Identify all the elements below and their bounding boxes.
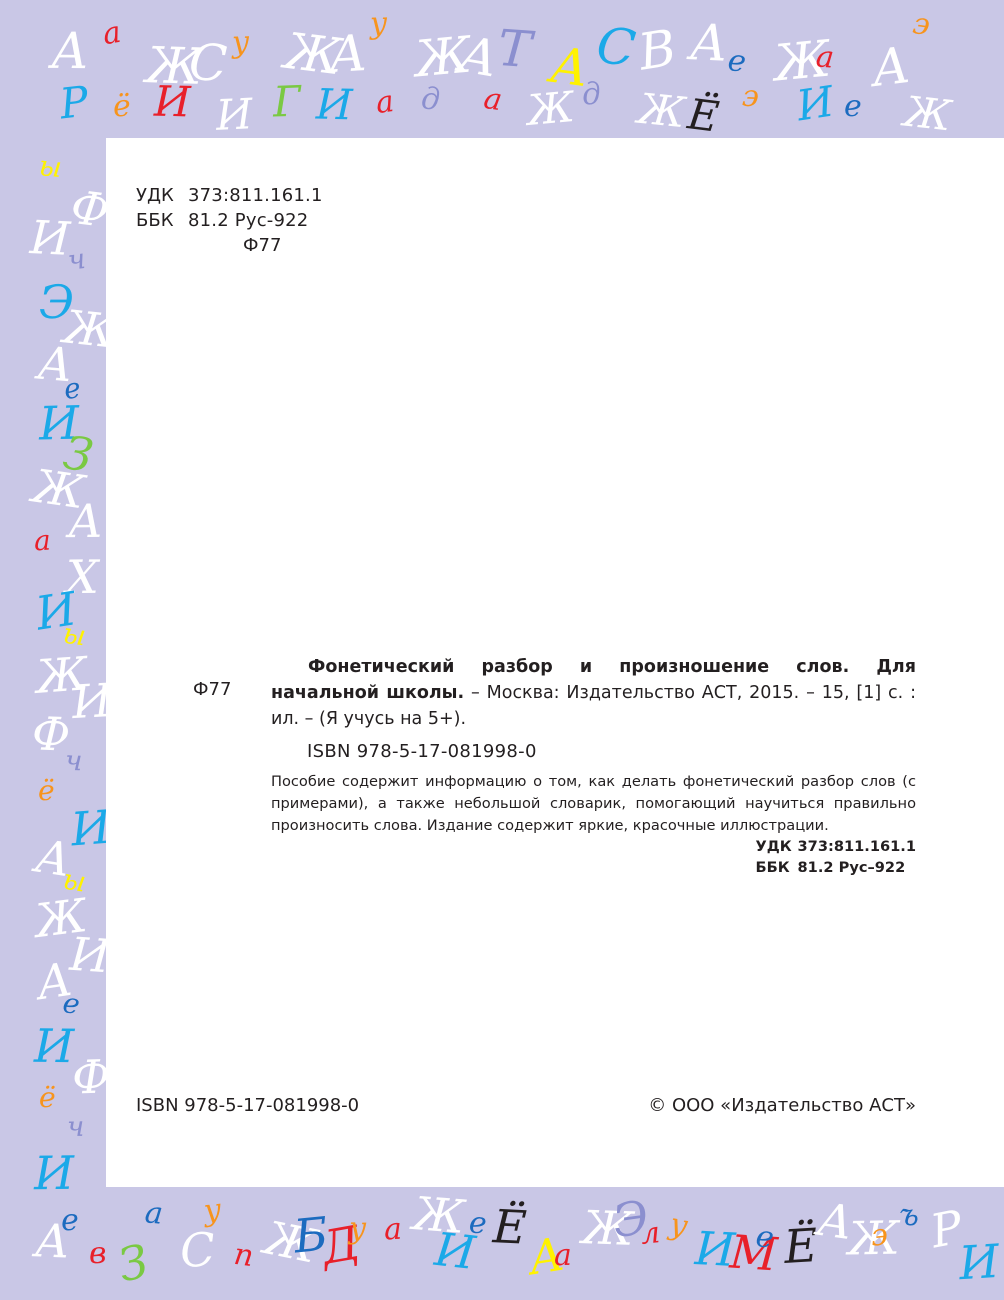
footer-isbn: ISBN 978-5-17-081998-0: [136, 1095, 359, 1116]
decorative-letter: А: [36, 340, 75, 389]
decorative-letter: А: [456, 30, 502, 86]
decorative-letter: Ж: [35, 650, 90, 700]
decorative-letter: А: [869, 40, 913, 94]
decorative-letter: e: [844, 92, 862, 122]
decorative-letter: Э: [39, 279, 74, 325]
bbk-label: ББК: [136, 208, 176, 233]
decorative-letter: а: [143, 1198, 164, 1230]
catalog-classification: УДК373:811.161.1 ББК81.2 Рус–922: [756, 836, 916, 878]
decorative-letter: Ж: [772, 34, 833, 89]
decorative-letter: Ж: [282, 26, 344, 82]
decorative-letter: М: [728, 1229, 778, 1278]
decorative-letter: Ж: [581, 1205, 634, 1253]
catalog-bbk-value: 81.2 Рус–922: [798, 859, 906, 876]
decorative-letter: а: [33, 527, 51, 556]
decorative-letter: А: [526, 1231, 568, 1282]
decorative-letter: А: [50, 26, 88, 76]
imprint-page: УДК 373:811.161.1 ББК 81.2 Рус-922 Ф77 Ф…: [106, 138, 1004, 1187]
decorative-letter: А: [34, 956, 75, 1007]
decorative-letter: Ф: [32, 711, 72, 759]
decorative-letter: Ж: [30, 463, 88, 516]
decorative-letter: С: [179, 1226, 217, 1274]
decorative-letter: И: [33, 1149, 74, 1195]
decorative-letter: д: [420, 84, 440, 115]
decorative-letter: Р: [58, 81, 91, 126]
decorative-letter: Г: [272, 81, 301, 124]
decorative-letter: Т: [496, 23, 533, 75]
catalog-bbk-label: ББК: [756, 857, 798, 878]
decorative-letter: у: [203, 1195, 224, 1227]
decorative-letter: д: [581, 79, 602, 110]
decorative-letter: И: [958, 1238, 1001, 1286]
decorative-letter: И: [433, 1226, 478, 1276]
udk-label: УДК: [136, 183, 176, 208]
decorative-letter: Ж: [902, 91, 953, 138]
decorative-letter: В: [635, 22, 679, 77]
author-code: Ф77: [136, 233, 323, 258]
decorative-letter: e: [754, 1222, 776, 1254]
decorative-letter: С: [594, 19, 638, 73]
decorative-letter: Ж: [636, 87, 687, 133]
decorative-letter: ы: [61, 865, 88, 896]
decorative-letter: e: [61, 989, 82, 1019]
decorative-letter: А: [327, 28, 368, 80]
annotation: Пособие содержит информацию о том, как д…: [271, 771, 916, 837]
decorative-letter: Ж: [145, 40, 203, 92]
decorative-letter: ч: [64, 747, 82, 776]
decorative-letter: А: [689, 17, 729, 69]
decorative-letter: Ж: [261, 1214, 321, 1269]
decorative-letter: А: [33, 832, 74, 883]
decorative-letter: а: [554, 1241, 572, 1271]
decorative-letter: З: [60, 429, 96, 479]
decorative-letter: И: [794, 80, 836, 127]
decorative-letter: И: [315, 84, 353, 127]
decorative-letter: а: [101, 18, 124, 51]
copyright-notice: © ООО «Издательство АСТ»: [648, 1095, 916, 1116]
decorative-letter: А: [34, 1217, 71, 1264]
bbk-value: 81.2 Рус-922: [188, 208, 308, 233]
decorative-letter: e: [468, 1208, 487, 1239]
decorative-letter: у: [231, 28, 249, 59]
decorative-letter: э: [911, 9, 932, 41]
decorative-letter: Э: [610, 1194, 651, 1244]
decorative-letter: а: [374, 87, 396, 119]
decorative-letter: И: [39, 400, 80, 447]
decorative-letter: ъ: [898, 1200, 919, 1231]
decorative-letter: ч: [66, 245, 87, 275]
decorative-letter: Ё: [783, 1222, 819, 1270]
bibliographic-entry: Фонетический разбор и произношение слов.…: [271, 654, 916, 732]
decorative-letter: e: [62, 374, 82, 404]
decorative-letter: Ё: [686, 94, 722, 139]
decorative-letter: л: [639, 1218, 661, 1250]
decorative-letter: у: [370, 9, 388, 39]
decorative-letter: у: [667, 1210, 690, 1243]
decorative-letter: А: [67, 498, 102, 544]
decorative-letter: Х: [66, 554, 99, 600]
decorative-letter: И: [33, 585, 79, 636]
decorative-letter: э: [870, 1220, 890, 1251]
decorative-letter: З: [114, 1237, 152, 1288]
decorative-letter: ы: [61, 620, 88, 651]
decorative-letter: Ф: [68, 183, 112, 233]
decorative-letter: у: [349, 1214, 367, 1244]
decorative-letter: И: [215, 94, 254, 138]
decorative-letter: а: [815, 42, 836, 74]
decorative-letter: ч: [67, 1113, 85, 1141]
decorative-letter: ё: [38, 777, 55, 805]
decorative-letter: Ж: [413, 29, 474, 84]
catalog-isbn: ISBN 978-5-17-081998-0: [307, 741, 537, 762]
decorative-letter: э: [741, 82, 759, 113]
catalog-udk-value: 373:811.161.1: [798, 838, 916, 855]
decorative-letter: в: [89, 1239, 107, 1269]
decorative-letter: Ж: [525, 86, 576, 132]
decorative-letter: Ж: [32, 892, 89, 944]
decorative-letter: А: [548, 40, 592, 94]
decorative-letter: И: [29, 214, 71, 262]
decorative-letter: И: [154, 80, 192, 123]
decorative-letter: А: [814, 1196, 855, 1246]
udk-value: 373:811.161.1: [188, 183, 323, 208]
catalog-author-code: Ф77: [193, 679, 231, 700]
decorative-letter: Р: [927, 1203, 966, 1254]
decorative-letter: Ж: [847, 1214, 899, 1261]
decorative-letter: Ё: [492, 1203, 528, 1251]
decorative-letter: Б: [292, 1210, 330, 1259]
decorative-letter: Ж: [411, 1190, 466, 1240]
decorative-letter: Д: [318, 1219, 363, 1271]
decorative-letter: ы: [37, 152, 62, 182]
decorative-letter: И: [694, 1225, 736, 1273]
decorative-letter: п: [232, 1240, 255, 1272]
decorative-letter: а: [383, 1215, 402, 1246]
decorative-letter: ё: [112, 91, 131, 122]
decorative-letter: И: [34, 1023, 75, 1069]
decorative-letter: а: [482, 84, 504, 116]
decorative-letter: e: [61, 1206, 79, 1236]
decorative-letter: С: [188, 37, 228, 88]
classification-header: УДК 373:811.161.1 ББК 81.2 Рус-922 Ф77: [136, 183, 323, 258]
decorative-letter: e: [726, 46, 748, 78]
decorative-letter: Ф: [71, 1053, 111, 1100]
catalog-udk-label: УДК: [756, 836, 798, 857]
decorative-letter: ё: [39, 1084, 57, 1113]
